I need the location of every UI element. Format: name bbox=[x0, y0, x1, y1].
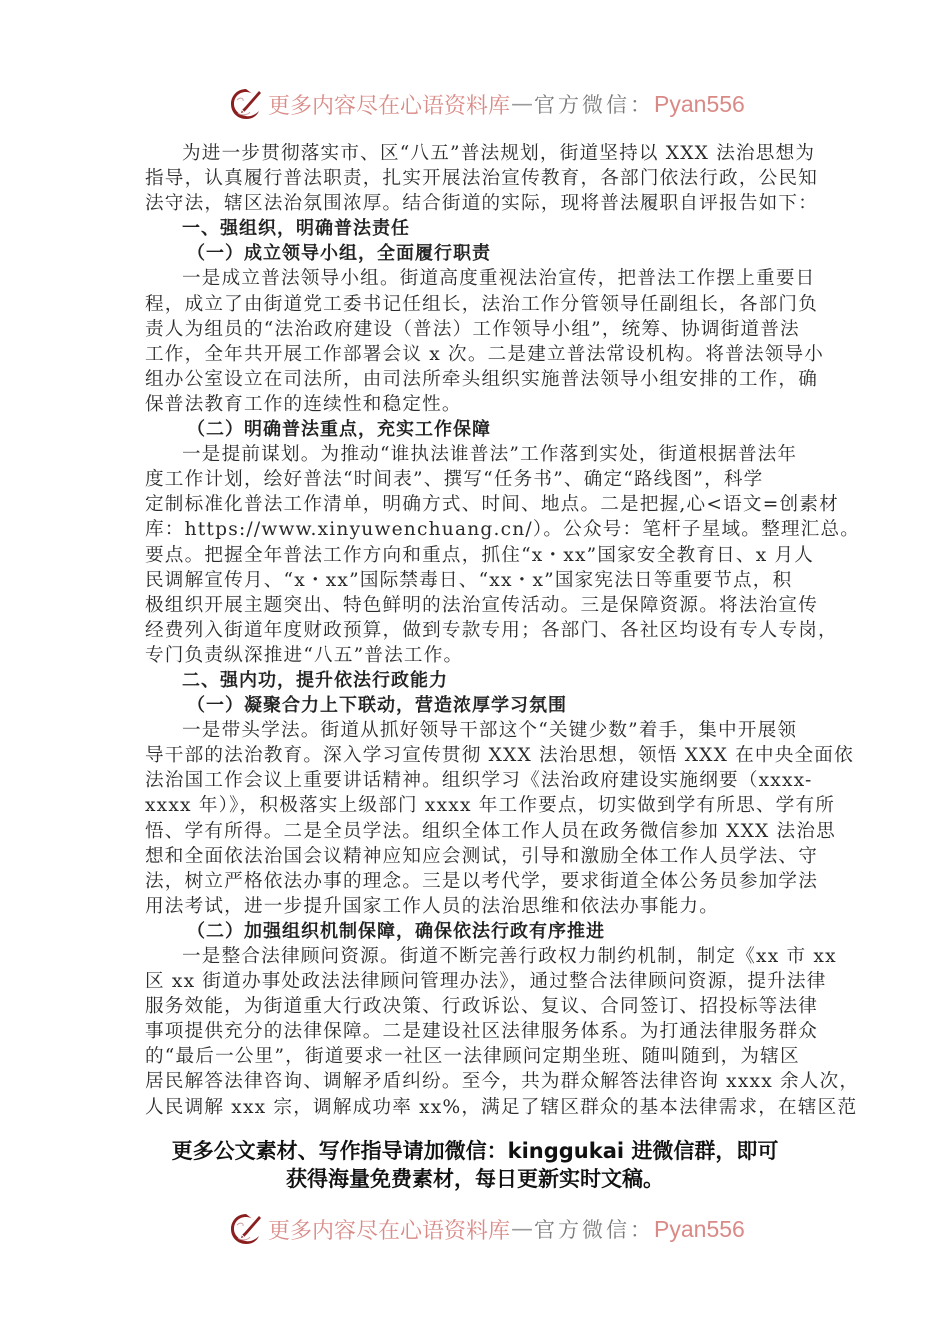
promo-line-1: 更多公文素材、写作指导请加微信：kinggukai 进微信群，即可 bbox=[140, 1137, 810, 1165]
paragraph-line: 一是带头学法。街道从抓好领导干部这个“关键少数”着手，集中开展领 bbox=[145, 718, 810, 743]
footer-banner: 更多内容尽在心语资料库 — 官方微信： Pyan556 bbox=[228, 1209, 745, 1249]
banner-dash: — bbox=[511, 92, 533, 117]
subsection-heading: （二）加强组织机制保障，确保依法行政有序推进 bbox=[145, 919, 810, 944]
paragraph-line: 一是整合法律顾问资源。街道不断完善行政权力制约机制，制定《xx 市 xx bbox=[145, 944, 810, 969]
subsection-heading: （一）成立领导小组，全面履行职责 bbox=[145, 241, 810, 266]
paragraph-line: 度工作计划，绘好普法“时间表”、撰写“任务书”、确定“路线图”，科学 bbox=[145, 467, 810, 492]
paragraph-line: 组办公室设立在司法所，由司法所牵头组织实施普法领导小组安排的工作，确 bbox=[145, 367, 810, 392]
paragraph-line: 的“最后一公里”，街道要求一社区一法律顾问定期坐班、随叫随到，为辖区 bbox=[145, 1044, 810, 1069]
paragraph-line: 法，树立严格依法办事的理念。三是以考代学，要求街道全体公务员参加学法 bbox=[145, 869, 810, 894]
section-heading: 二、强内功，提升依法行政能力 bbox=[145, 668, 810, 693]
banner-brand-text: 更多内容尽在心语资料库 bbox=[268, 1214, 510, 1245]
paragraph-line: 定制标准化普法工作清单，明确方式、时间、地点。二是把握,心<语文=创素材 bbox=[145, 492, 810, 517]
promo-notice: 更多公文素材、写作指导请加微信：kinggukai 进微信群，即可 获得海量免费… bbox=[140, 1137, 810, 1193]
paragraph-line: 导干部的法治教育。深入学习宣传贯彻 XXX 法治思想，领悟 XXX 在中央全面依 bbox=[145, 743, 810, 768]
paragraph-line: 极组织开展主题突出、特色鲜明的法治宣传活动。三是保障资源。将法治宣传 bbox=[145, 593, 810, 618]
header-banner: 更多内容尽在心语资料库 — 官方微信： Pyan556 bbox=[228, 84, 745, 124]
subsection-heading: （一）凝聚合力上下联动，营造浓厚学习氛围 bbox=[145, 693, 810, 718]
paragraph-line: 法守法，辖区法治氛围浓厚。结合街道的实际，现将普法履职自评报告如下： bbox=[145, 191, 810, 216]
paragraph-line: 一是成立普法领导小组。街道高度重视法治宣传，把普法工作摆上重要日 bbox=[145, 266, 810, 291]
paragraph-line: 想和全面依法治国会议精神应知应会测试，引导和激励全体工作人员学法、守 bbox=[145, 844, 810, 869]
paragraph-line: 居民解答法律咨询、调解矛盾纠纷。至今，共为群众解答法律咨询 xxxx 余人次， bbox=[145, 1069, 810, 1094]
paragraph-line: 经费列入街道年度财政预算，做到专款专用；各部门、各社区均设有专人专岗， bbox=[145, 618, 810, 643]
section-heading: 一、强组织，明确普法责任 bbox=[145, 216, 810, 241]
paragraph-line: 法治国工作会议上重要讲话精神。组织学习《法治政府建设实施纲要（xxxx- bbox=[145, 768, 810, 793]
paragraph-line: 区 xx 街道办事处政法法律顾问管理办法》，通过整合法律顾问资源，提升法律 bbox=[145, 969, 810, 994]
paragraph-line: 要点。把握全年普法工作方向和重点，抓住“x・xx”国家安全教育日、x 月人 bbox=[145, 543, 810, 568]
banner-label: 官方微信： bbox=[534, 1214, 654, 1244]
quill-pen-logo-icon bbox=[228, 86, 264, 122]
quill-pen-logo-icon bbox=[228, 1211, 264, 1247]
banner-wechat-id: Pyan556 bbox=[654, 1216, 745, 1243]
subsection-heading: （二）明确普法重点，充实工作保障 bbox=[145, 417, 810, 442]
banner-brand-text: 更多内容尽在心语资料库 bbox=[268, 89, 510, 120]
paragraph-line: 指导，认真履行普法职责，扎实开展法治宣传教育，各部门依法行政，公民知 bbox=[145, 166, 810, 191]
paragraph-line: 一是提前谋划。为推动“谁执法谁普法”工作落到实处，街道根据普法年 bbox=[145, 442, 810, 467]
paragraph-line: 人民调解 xxx 宗，调解成功率 xx%，满足了辖区群众的基本法律需求，在辖区范 bbox=[145, 1095, 810, 1120]
paragraph-line: xxxx 年）》，积极落实上级部门 xxxx 年工作要点，切实做到学有所思、学有… bbox=[145, 793, 810, 818]
paragraph-line: 事项提供充分的法律保障。二是建设社区法律服务体系。为打通法律服务群众 bbox=[145, 1019, 810, 1044]
banner-dash: — bbox=[511, 1217, 533, 1242]
paragraph-line: 悟、学有所得。二是全员学法。组织全体工作人员在政务微信参加 XXX 法治思 bbox=[145, 819, 810, 844]
paragraph-line: 服务效能，为街道重大行政决策、行政诉讼、复议、合同签订、招投标等法律 bbox=[145, 994, 810, 1019]
paragraph-line: 为进一步贯彻落实市、区“八五”普法规划，街道坚持以 XXX 法治思想为 bbox=[145, 141, 810, 166]
document-body: 为进一步贯彻落实市、区“八五”普法规划，街道坚持以 XXX 法治思想为 指导，认… bbox=[145, 141, 810, 1120]
paragraph-line: 库：https://www.xinyuwenchuang.cn/）。公众号：笔杆… bbox=[145, 517, 810, 542]
paragraph-line: 保普法教育工作的连续性和稳定性。 bbox=[145, 392, 810, 417]
paragraph-line: 用法考试，进一步提升国家工作人员的法治思维和依法办事能力。 bbox=[145, 894, 810, 919]
banner-label: 官方微信： bbox=[534, 89, 654, 119]
paragraph-line: 程，成立了由街道党工委书记任组长，法治工作分管领导任副组长，各部门负 bbox=[145, 292, 810, 317]
paragraph-line: 专门负责纵深推进“八五”普法工作。 bbox=[145, 643, 810, 668]
promo-line-2: 获得海量免费素材，每日更新实时文稿。 bbox=[140, 1165, 810, 1193]
banner-wechat-id: Pyan556 bbox=[654, 91, 745, 118]
paragraph-line: 工作，全年共开展工作部署会议 x 次。二是建立普法常设机构。将普法领导小 bbox=[145, 342, 810, 367]
paragraph-line: 民调解宣传月、“x・xx”国际禁毒日、“xx・x”国家宪法日等重要节点，积 bbox=[145, 568, 810, 593]
paragraph-line: 责人为组员的“法治政府建设（普法）工作领导小组”，统筹、协调街道普法 bbox=[145, 317, 810, 342]
